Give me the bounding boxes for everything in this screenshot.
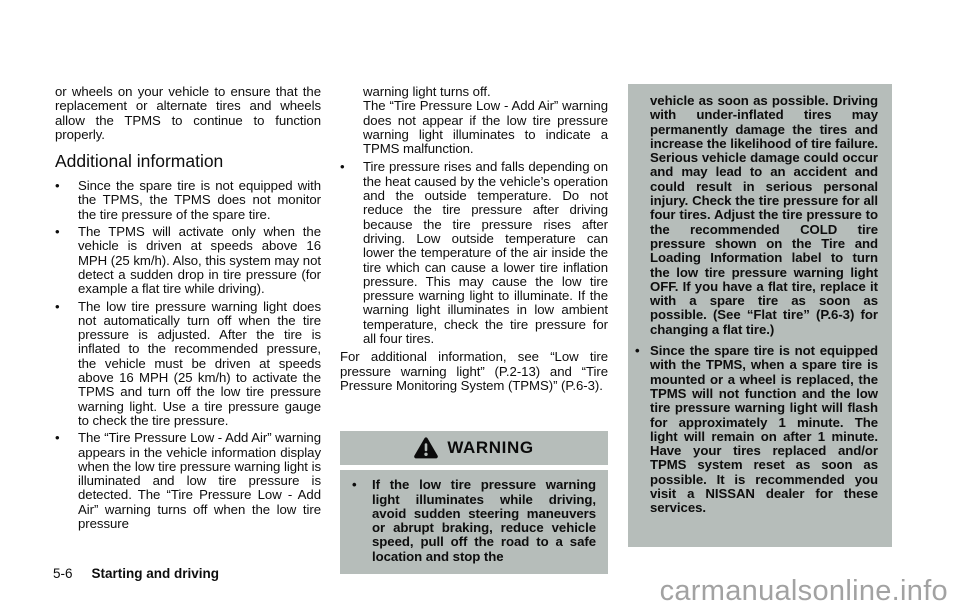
section-heading: Additional information xyxy=(55,151,321,171)
list-item: • The “Tire Pressure Low - Add Air” warn… xyxy=(55,431,321,531)
bullet-dot-icon: • xyxy=(55,225,78,296)
warning-title: WARNING xyxy=(447,441,533,455)
reference-paragraph: For additional information, see “Low tir… xyxy=(340,350,608,393)
intro-paragraph: or wheels on your vehicle to ensure that… xyxy=(55,85,321,142)
footer-section-title: Starting and driving xyxy=(92,566,220,582)
warning-header: WARNING xyxy=(340,431,608,465)
list-item: • The low tire pressure warning light do… xyxy=(55,300,321,429)
warning-triangle-icon xyxy=(414,437,438,459)
page-footer: 5-6 Starting and driving xyxy=(53,566,219,582)
list-item: • The TPMS will activate only when the v… xyxy=(55,225,321,296)
warning-bullet-text: If the low tire pressure warning light i… xyxy=(372,478,596,564)
warning-bullet-text: Since the spare tire is not equipped wit… xyxy=(650,344,878,516)
bullet-dot-icon: • xyxy=(352,478,372,564)
warning-continuation-text: vehicle as soon as possible. Driving wit… xyxy=(650,94,878,337)
bullet-dot-icon: • xyxy=(340,160,363,346)
middle-column: warning light turns off. The “Tire Press… xyxy=(340,85,608,574)
bullet-text: Tire pressure rises and falls depending … xyxy=(363,160,608,346)
list-item: • Tire pressure rises and falls dependin… xyxy=(340,160,608,346)
bullet-text: Since the spare tire is not equipped wit… xyxy=(78,179,321,222)
bullet-list: • Since the spare tire is not equipped w… xyxy=(55,179,321,531)
bullet-text: The low tire pressure warning light does… xyxy=(78,300,321,429)
page-number: 5-6 xyxy=(53,566,73,582)
warning-list-item: • Since the spare tire is not equipped w… xyxy=(635,344,878,516)
continuation-paragraph: warning light turns off. xyxy=(363,85,608,99)
bullet-dot-icon: • xyxy=(55,179,78,222)
bullet-dot-icon: • xyxy=(635,344,650,516)
warning-list-item: • If the low tire pressure warning light… xyxy=(352,478,596,564)
warning-body-box: • If the low tire pressure warning light… xyxy=(340,470,608,574)
left-column: or wheels on your vehicle to ensure that… xyxy=(55,85,321,531)
bullet-text: The “Tire Pressure Low - Add Air” warnin… xyxy=(78,431,321,531)
warning-continuation-box: vehicle as soon as possible. Driving wit… xyxy=(628,84,892,547)
bullet-text: The TPMS will activate only when the veh… xyxy=(78,225,321,296)
list-item: • Since the spare tire is not equipped w… xyxy=(55,179,321,222)
continuation-paragraph: The “Tire Pressure Low - Add Air” warnin… xyxy=(363,99,608,156)
bullet-dot-icon: • xyxy=(55,431,78,531)
bullet-dot-icon: • xyxy=(55,300,78,429)
manual-page: or wheels on your vehicle to ensure that… xyxy=(0,0,960,611)
watermark: carmanualsonline.info xyxy=(660,576,948,606)
